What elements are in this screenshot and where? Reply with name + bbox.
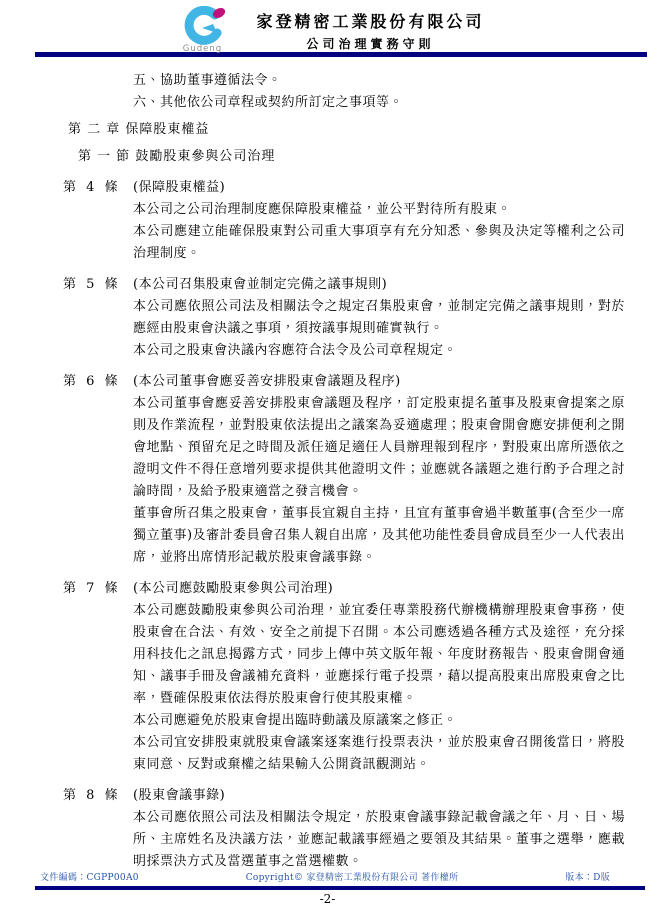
article-number: 第 4 條 — [63, 177, 133, 265]
document-footer: 文件編碼：CGPP00A0 Copyright© 家登精密工業股份有限公司 著作… — [0, 870, 655, 910]
article-6: 第 6 條 (本公司董事會應妥善安排股東會議題及程序) 本公司董事會應妥善安排股… — [35, 371, 625, 569]
list-item: 五、協助董事遵循法令。 — [35, 70, 625, 92]
company-name: 家登精密工業股份有限公司 — [256, 9, 484, 32]
page-number: -2- — [0, 890, 655, 910]
gudeng-logo-icon — [175, 6, 229, 46]
document-body: 五、協助董事遵循法令。 六、其他依公司章程或契約所訂定之事項等。 第 二 章 保… — [0, 57, 655, 873]
article-content: (本公司應鼓勵股東參與公司治理) 本公司應鼓勵股東參與公司治理，並宜委任專業股務… — [133, 578, 625, 776]
document-header: Gudeng 家登精密工業股份有限公司 公司治理實務守則 — [0, 0, 655, 57]
article-title: (本公司召集股東會並制定完備之議事規則) — [133, 274, 625, 296]
section-heading: 第 一 節 鼓勵股東參與公司治理 — [78, 146, 625, 168]
article-paragraph: 本公司應依照公司法及相關法令之規定召集股東會，並制定完備之議事規則，對於應經由股… — [133, 296, 625, 340]
header-titles: 家登精密工業股份有限公司 公司治理實務守則 — [256, 9, 484, 52]
document-title: 公司治理實務守則 — [256, 35, 484, 52]
copyright-notice: Copyright© 家登精密工業股份有限公司 著作權所 — [246, 870, 459, 883]
article-paragraph: 本公司應依照公司法及相關法令規定，於股東會議事錄記載會議之年、月、日、場所、主席… — [133, 807, 625, 873]
article-content: (本公司召集股東會並制定完備之議事規則) 本公司應依照公司法及相關法令之規定召集… — [133, 274, 625, 362]
version-label: 版本：D版 — [565, 870, 610, 883]
article-paragraph: 本公司宜安排股東就股東會議案逐案進行投票表決，並於股東會召開後當日，將股東同意、… — [133, 732, 625, 776]
header-title-group: Gudeng 家登精密工業股份有限公司 公司治理實務守則 — [0, 0, 655, 50]
article-number: 第 7 條 — [63, 578, 133, 776]
article-number: 第 5 條 — [63, 274, 133, 362]
chapter-heading: 第 二 章 保障股東權益 — [68, 119, 625, 141]
footer-meta-row: 文件編碼：CGPP00A0 Copyright© 家登精密工業股份有限公司 著作… — [0, 870, 655, 886]
article-title: (保障股東權益) — [133, 177, 625, 199]
article-5: 第 5 條 (本公司召集股東會並制定完備之議事規則) 本公司應依照公司法及相關法… — [35, 274, 625, 362]
article-number: 第 8 條 — [63, 785, 133, 873]
article-title: (本公司應鼓勵股東參與公司治理) — [133, 578, 625, 600]
article-title: (股東會議事錄) — [133, 785, 625, 807]
company-logo: Gudeng — [170, 6, 234, 54]
document-page: Gudeng 家登精密工業股份有限公司 公司治理實務守則 五、協助董事遵循法令。… — [0, 0, 655, 910]
article-paragraph: 董事會所召集之股東會，董事長宜親自主持，且宜有董事會過半數董事(含至少一席獨立董… — [133, 503, 625, 569]
article-content: (本公司董事會應妥善安排股東會議題及程序) 本公司董事會應妥善安排股東會議題及程… — [133, 371, 625, 569]
article-8: 第 8 條 (股東會議事錄) 本公司應依照公司法及相關法令規定，於股東會議事錄記… — [35, 785, 625, 873]
article-4: 第 4 條 (保障股東權益) 本公司之公司治理制度應保障股東權益，並公平對待所有… — [35, 177, 625, 265]
article-paragraph: 本公司應建立能確保股東對公司重大事項享有充分知悉、參與及決定等權利之公司治理制度… — [133, 221, 625, 265]
article-number: 第 6 條 — [63, 371, 133, 569]
article-paragraph: 本公司之股東會決議內容應符合法令及公司章程規定。 — [133, 340, 625, 362]
document-code: 文件編碼：CGPP00A0 — [40, 870, 139, 883]
article-paragraph: 本公司之公司治理制度應保障股東權益，並公平對待所有股東。 — [133, 199, 625, 221]
article-title: (本公司董事會應妥善安排股東會議題及程序) — [133, 371, 625, 393]
article-7: 第 7 條 (本公司應鼓勵股東參與公司治理) 本公司應鼓勵股東參與公司治理，並宜… — [35, 578, 625, 776]
article-paragraph: 本公司董事會應妥善安排股東會議題及程序，訂定股東提名董事及股東會提案之原則及作業… — [133, 393, 625, 503]
article-content: (保障股東權益) 本公司之公司治理制度應保障股東權益，並公平對待所有股東。 本公… — [133, 177, 625, 265]
article-content: (股東會議事錄) 本公司應依照公司法及相關法令規定，於股東會議事錄記載會議之年、… — [133, 785, 625, 873]
article-paragraph: 本公司應鼓勵股東參與公司治理，並宜委任專業股務代辦機構辦理股東會事務，使股東會在… — [133, 600, 625, 710]
logo-wordmark: Gudeng — [183, 44, 222, 54]
article-paragraph: 本公司應避免於股東會提出臨時動議及原議案之修正。 — [133, 710, 625, 732]
list-item: 六、其他依公司章程或契約所訂定之事項等。 — [35, 92, 625, 114]
